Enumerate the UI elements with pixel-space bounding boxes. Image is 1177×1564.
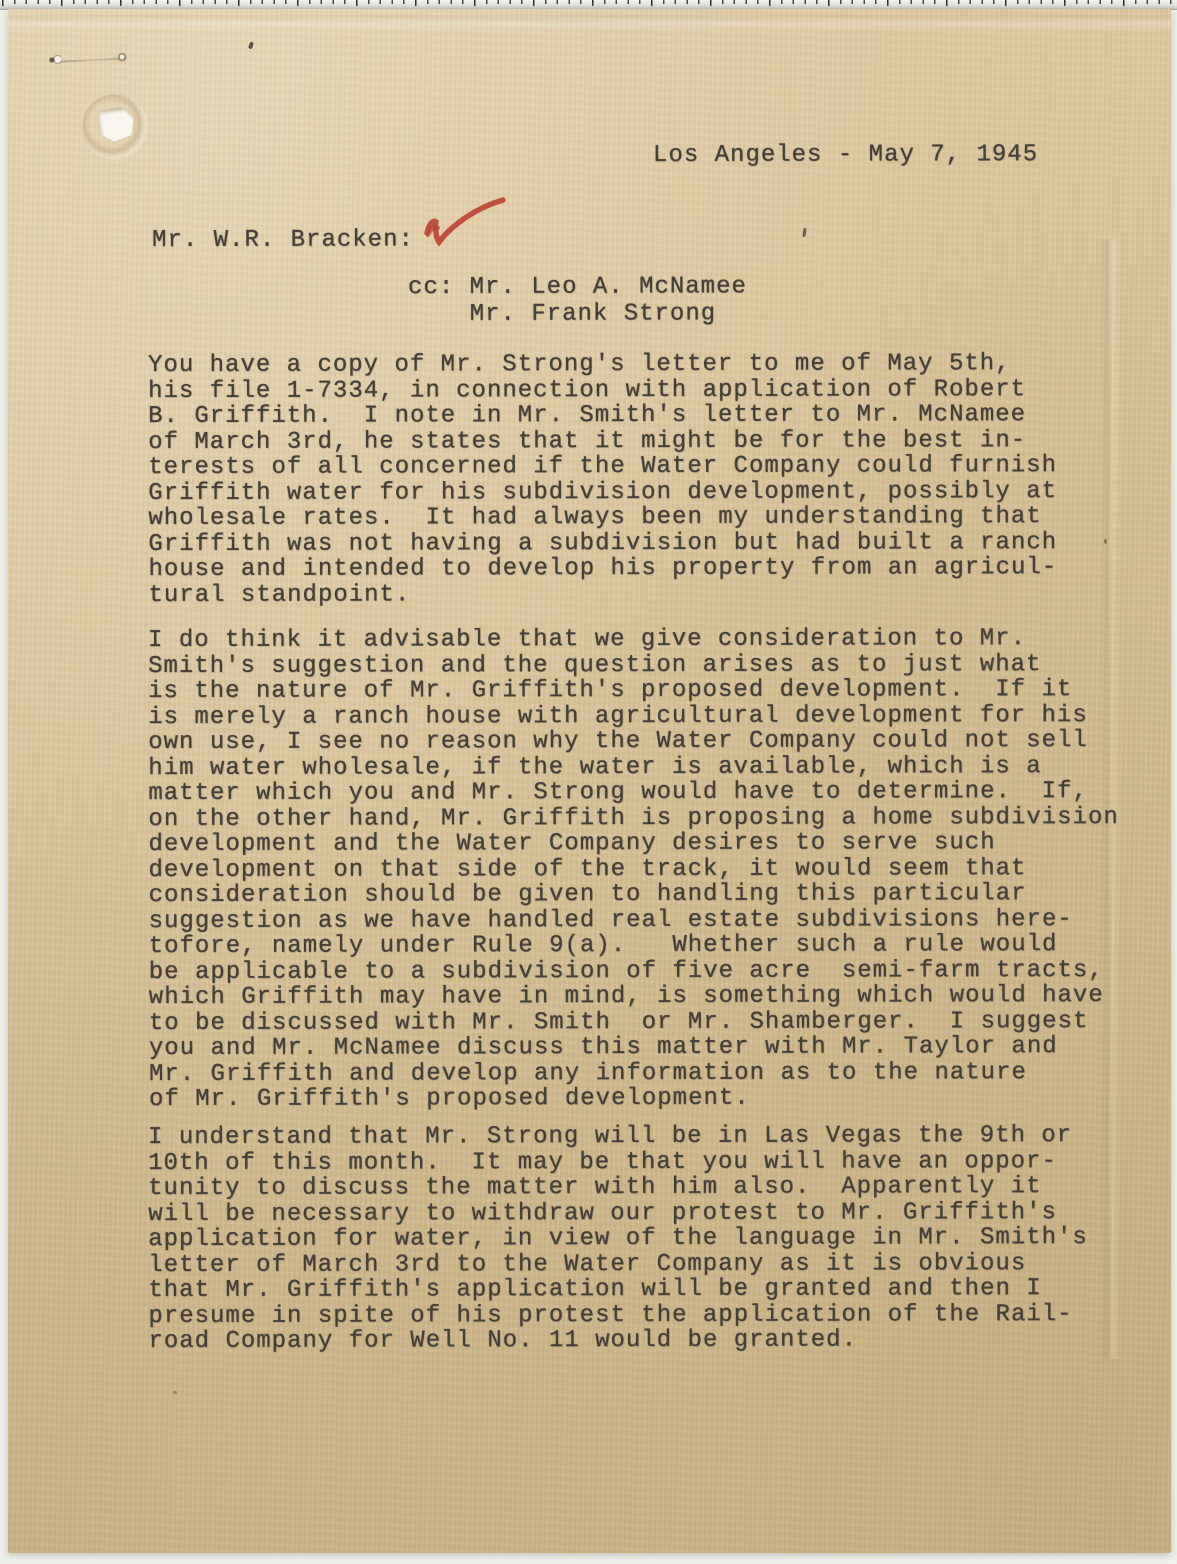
paragraph-3: I understand that Mr. Strong will be in … <box>148 1123 1088 1354</box>
ruler-ticks <box>2 0 1177 6</box>
letter-page: Los Angeles - May 7, 1945 Mr. W.R. Brack… <box>8 9 1171 1553</box>
paper-speck <box>248 42 254 50</box>
paper-speck <box>802 228 806 237</box>
red-checkmark-icon <box>418 195 508 255</box>
scan-background: { "letter": { "dateline": "Los Angeles -… <box>0 0 1177 1564</box>
red-checkmark-stroke <box>427 200 503 242</box>
paper-crease-top <box>8 15 1171 31</box>
salutation: Mr. W.R. Bracken: <box>152 227 414 253</box>
cc-block: cc: Mr. Leo A. McNamee Mr. Frank Strong <box>408 273 747 328</box>
paper-speck <box>1104 539 1107 544</box>
paragraph-1: You have a copy of Mr. Strong's letter t… <box>148 351 1057 608</box>
paper-speck <box>173 1391 177 1394</box>
staple-scratch <box>60 57 126 62</box>
paragraph-2: I do think it advisable that we give con… <box>148 626 1119 1113</box>
dateline: Los Angeles - May 7, 1945 <box>653 142 1038 168</box>
